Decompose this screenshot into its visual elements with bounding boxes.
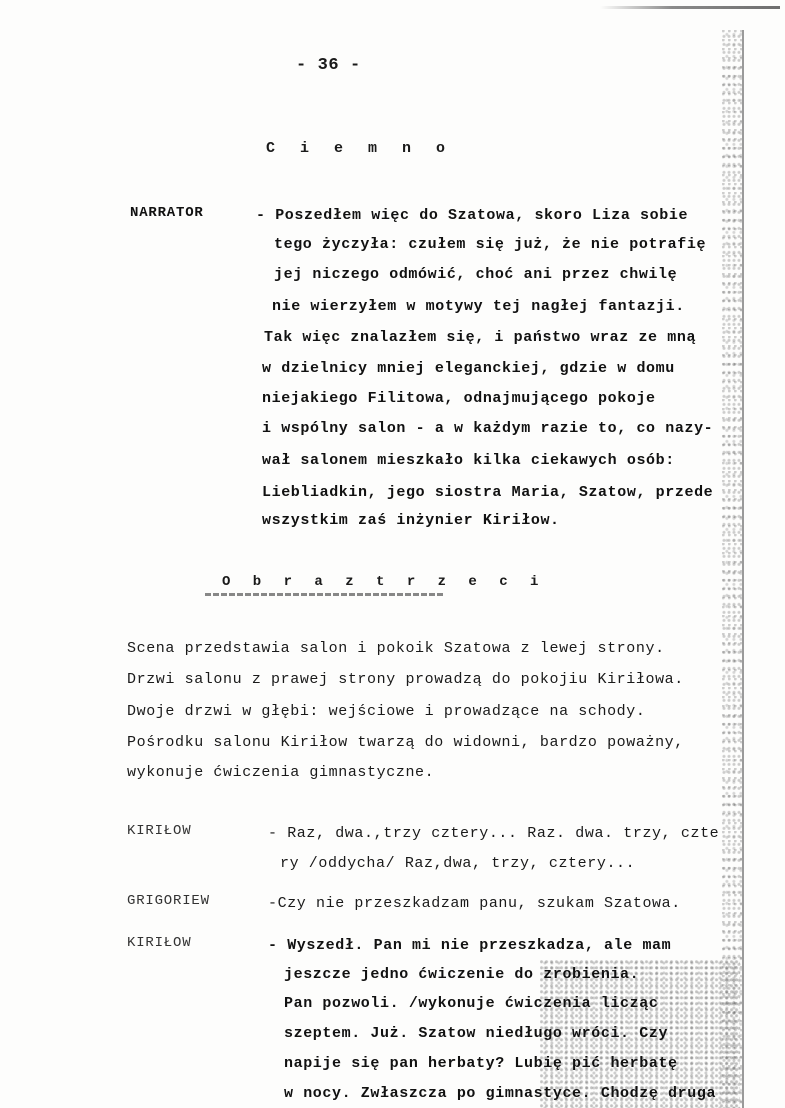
dialogue-line: Pan pozwoli. /wykonuje ćwiczenia licząc (284, 995, 658, 1012)
narrator-line: niejakiego Filitowa, odnajmującego pokoj… (262, 390, 656, 407)
page-right-edge-shadow (742, 30, 744, 1108)
dialogue-line: - Wyszedł. Pan mi nie przeszkadza, ale m… (268, 937, 671, 954)
heading-underline (205, 593, 445, 596)
narrator-line: i wspólny salon - a w każdym razie to, c… (262, 420, 713, 437)
speaker-kirilow: KIRIŁOW (127, 823, 191, 839)
dialogue-line: napije się pan herbaty? Lubię pić herbat… (284, 1055, 678, 1072)
section-heading-obraz-trzeci: O b r a z t r z e c i (222, 574, 545, 590)
narrator-line: nie wierzyłem w motywy tej nagłej fantaz… (272, 298, 685, 315)
scanned-page: - 36 - C i e m n o NARRATOR - Poszedłem … (0, 0, 785, 1108)
speaker-kirilow: KIRIŁOW (127, 935, 191, 951)
dialogue-line: ry /oddycha/ Raz,dwa, trzy, cztery... (280, 855, 635, 872)
stage-direction-line: Pośrodku salonu Kiriłow twarzą do widown… (127, 734, 684, 751)
stage-direction-line: wykonuje ćwiczenia gimnastyczne. (127, 764, 434, 781)
narrator-line: jej niczego odmówić, choć ani przez chwi… (274, 266, 677, 283)
speaker-grigoriew: GRIGORIEW (127, 893, 210, 909)
section-heading-ciemno: C i e m n o (266, 140, 453, 157)
stage-direction-line: Scena przedstawia salon i pokoik Szatowa… (127, 640, 665, 657)
dialogue-line: szeptem. Już. Szatow niedługo wróci. Czy (284, 1025, 668, 1042)
page-number: - 36 - (296, 56, 361, 75)
narrator-line: tego życzyła: czułem się już, że nie pot… (274, 236, 706, 253)
page-top-edge-shadow (600, 6, 780, 9)
dialogue-line: -Czy nie przeszkadzam panu, szukam Szato… (268, 895, 681, 912)
narrator-line: Tak więc znalazłem się, i państwo wraz z… (264, 329, 696, 346)
stage-direction-line: Dwoje drzwi w głębi: wejściowe i prowadz… (127, 703, 645, 720)
scan-noise-right (722, 30, 744, 1108)
narrator-line: Liebliadkin, jego siostra Maria, Szatow,… (262, 484, 713, 501)
narrator-line: w dzielnicy mniej eleganckiej, gdzie w d… (262, 360, 675, 377)
stage-direction-line: Drzwi salonu z prawej strony prowadzą do… (127, 671, 684, 688)
dialogue-line: - Raz, dwa.,trzy cztery... Raz. dwa. trz… (268, 825, 719, 842)
narrator-line: wał salonem mieszkało kilka ciekawych os… (262, 452, 675, 469)
narrator-line: wszystkim zaś inżynier Kiriłow. (262, 512, 560, 529)
speaker-narrator: NARRATOR (130, 205, 204, 221)
dialogue-line: jeszcze jedno ćwiczenie do zrobienia. (284, 966, 639, 983)
dialogue-line: w nocy. Zwłaszcza po gimnastyce. Chodzę … (284, 1085, 716, 1102)
narrator-line: - Poszedłem więc do Szatowa, skoro Liza … (256, 207, 688, 224)
